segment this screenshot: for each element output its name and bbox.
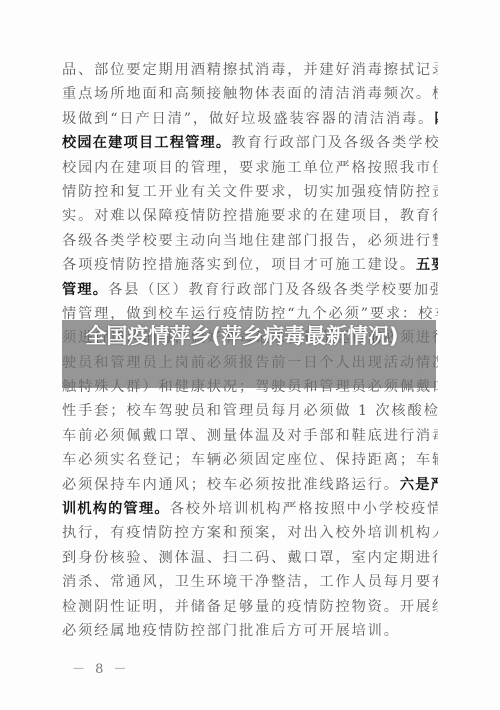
line-text: 各县（区）教育行政部门及各级各类学校要加强校车的疫 <box>108 282 438 298</box>
document-line: 各级各类学校要主动向当地住建部门报告，必须进行整改，确保 <box>62 229 438 253</box>
document-line: 训机构的管理。各校外培训机构严格按照中小学校疫情防控要求 <box>62 497 438 521</box>
line-text: 各项疫情防控措施落实到位，项目才可施工建设。 <box>62 257 416 273</box>
document-line: 情防控和复工开业有关文件要求，切实加强疫情防控责任的落 <box>62 180 438 204</box>
line-text: 教育行政部门及各级各类学校要加强对 <box>231 135 438 151</box>
line-text: 必须保持车内通风；校车必须按批准线路运行。 <box>62 477 400 493</box>
document-line: 校园内在建项目的管理，要求施工单位严格按照我市住建领域疫 <box>62 156 438 180</box>
document-line: 车前必须佩戴口罩、测量体温及对手部和鞋底进行消毒；学生乘 <box>62 424 438 448</box>
document-page: 品、部位要定期用酒精擦拭消毒，并建好消毒擦拭记录。增加对重点场所地面和高频接触物… <box>0 0 500 710</box>
document-line: 品、部位要定期用酒精擦拭消毒，并建好消毒擦拭记录。增加对 <box>62 58 438 82</box>
document-line: 执行，有疫情防控方案和预案，对出入校外培训机构人员必须做 <box>62 521 438 545</box>
line-text: 车前必须佩戴口罩、测量体温及对手部和鞋底进行消毒；学生乘 <box>62 428 438 444</box>
section-heading-text: 管理。 <box>62 282 108 298</box>
section-heading-text: 六是严格校外培 <box>400 477 438 493</box>
document-line: 车必须实名登记；车辆必须固定座位、保持距离；车辆运行期间 <box>62 448 438 472</box>
line-text: 情防控和复工开业有关文件要求，切实加强疫情防控责任的落 <box>62 184 438 200</box>
document-line: 实。对难以保障疫情防控措施要求的在建项目，教育行政部门及 <box>62 204 438 228</box>
document-line: 检测阴性证明，并储备足够量的疫情防控物资。开展线下培训， <box>62 595 438 619</box>
document-line: 性手套；校车驾驶员和管理员每月必须做 1 次核酸检测；学生上 <box>62 399 438 423</box>
document-line: 各项疫情防控措施落实到位，项目才可施工建设。五要严格校车 <box>62 253 438 277</box>
line-text: 必须经属地疫情防控部门批准后方可开展培训。 <box>62 623 400 639</box>
line-text: 车必须实名登记；车辆必须固定座位、保持距离；车辆运行期间 <box>62 452 438 468</box>
line-text: 各级各类学校要主动向当地住建部门报告，必须进行整改，确保 <box>62 233 438 249</box>
section-heading-text: 校园在建项目工程管理。 <box>62 135 231 151</box>
line-text: 品、部位要定期用酒精擦拭消毒，并建好消毒擦拭记录。增加对 <box>62 62 438 78</box>
document-line: 圾做到“日产日清”，做好垃圾盛装容器的清洁消毒。四要严格 <box>62 107 438 131</box>
document-line: 管理。各县（区）教育行政部门及各级各类学校要加强校车的疫 <box>62 278 438 302</box>
document-line: 到身份核验、测体温、扫二码、戴口罩，室内定期进行环境卫生 <box>62 546 438 570</box>
line-text: 各校外培训机构严格按照中小学校疫情防控要求 <box>170 501 438 517</box>
page-number: － 8 － <box>72 658 130 677</box>
document-line: 必须经属地疫情防控部门批准后方可开展培训。 <box>62 619 438 643</box>
line-text: 性手套；校车驾驶员和管理员每月必须做 1 次核酸检测；学生上 <box>62 403 438 419</box>
line-text: 实。对难以保障疫情防控措施要求的在建项目，教育行政部门及 <box>62 208 438 224</box>
section-heading-text: 五要严格校车 <box>416 257 438 273</box>
line-text: 检测阴性证明，并储备足够量的疫情防控物资。开展线下培训， <box>62 599 438 615</box>
line-text: 消杀、常通风，卫生环境干净整洁，工作人员每月要有 1 次核酸 <box>62 574 438 590</box>
line-text: 到身份核验、测体温、扫二码、戴口罩，室内定期进行环境卫生 <box>62 550 438 566</box>
document-line: 校园在建项目工程管理。教育行政部门及各级各类学校要加强对 <box>62 131 438 155</box>
line-text: 校园内在建项目的管理，要求施工单位严格按照我市住建领域疫 <box>62 160 438 176</box>
section-heading-text: 四要严格 <box>434 111 438 127</box>
section-heading-text: 训机构的管理。 <box>62 501 170 517</box>
document-line: 重点场所地面和高频接触物体表面的清洁消毒频次。校园内的垃 <box>62 82 438 106</box>
line-text: 重点场所地面和高频接触物体表面的清洁消毒频次。校园内的垃 <box>62 86 438 102</box>
line-text: 圾做到“日产日清”，做好垃圾盛装容器的清洁消毒。 <box>62 111 434 127</box>
line-text: 执行，有疫情防控方案和预案，对出入校外培训机构人员必须做 <box>62 525 438 541</box>
overlay-title: 全国疫情萍乡(萍乡病毒最新情况) <box>72 322 412 351</box>
document-line: 必须保持车内通风；校车必须按批准线路运行。六是严格校外培 <box>62 473 438 497</box>
document-line: 消杀、常通风，卫生环境干净整洁，工作人员每月要有 1 次核酸 <box>62 570 438 594</box>
